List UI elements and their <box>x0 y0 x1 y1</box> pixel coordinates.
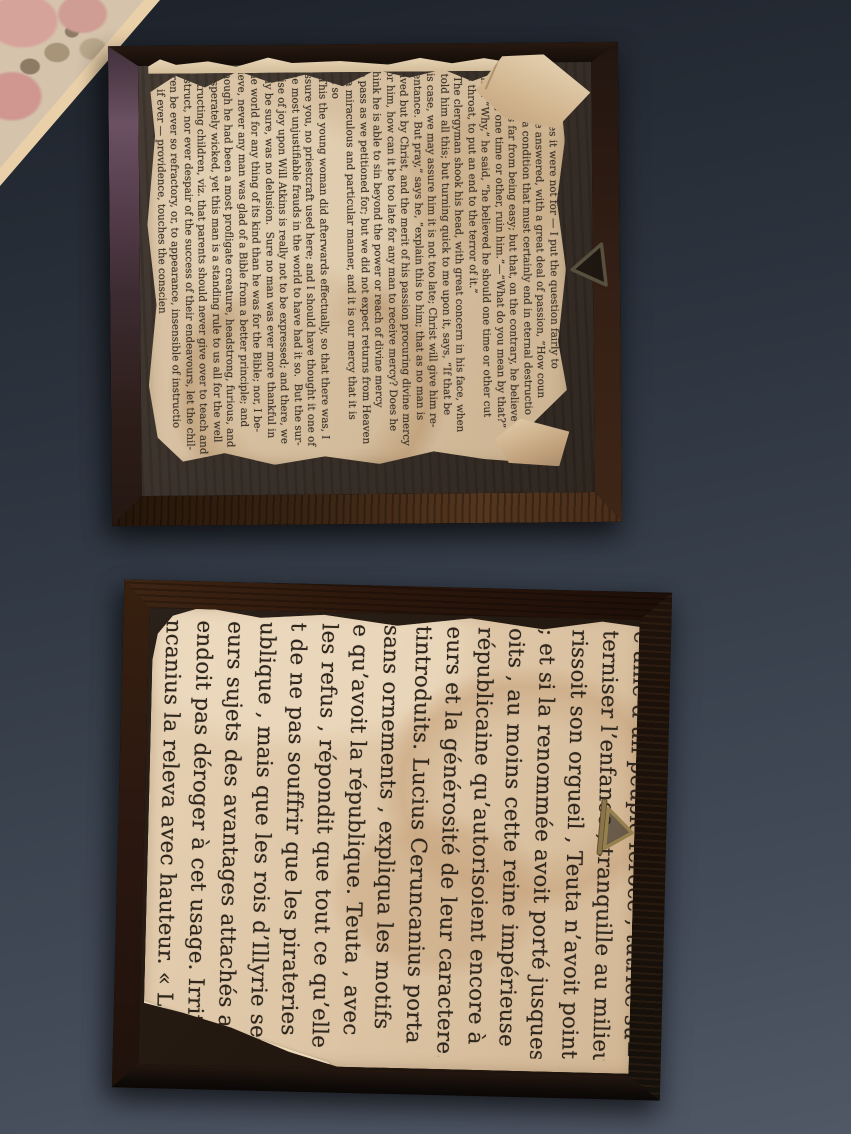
book-page-french: e ame d’un peuple feroce , tutrice su=te… <box>143 606 642 1074</box>
brass-hanger-icon <box>593 796 643 864</box>
page-text-french: e ame d’un peuple feroce , tutrice su=te… <box>147 619 641 1061</box>
tabletop-scene: d, and wishes it were not for — I put th… <box>0 0 851 1134</box>
page-text-english: d, and wishes it were not for — I put th… <box>152 65 561 461</box>
framed-page-french: e ame d’un peuple feroce , tutrice su=te… <box>112 579 672 1100</box>
frame-bevel-bottom <box>112 492 622 526</box>
hanger-loop-icon <box>559 238 613 295</box>
framed-page-english: d, and wishes it were not for — I put th… <box>108 42 622 526</box>
frame-bevel-left <box>108 46 142 526</box>
book-page-english: d, and wishes it were not for — I put th… <box>146 60 567 466</box>
